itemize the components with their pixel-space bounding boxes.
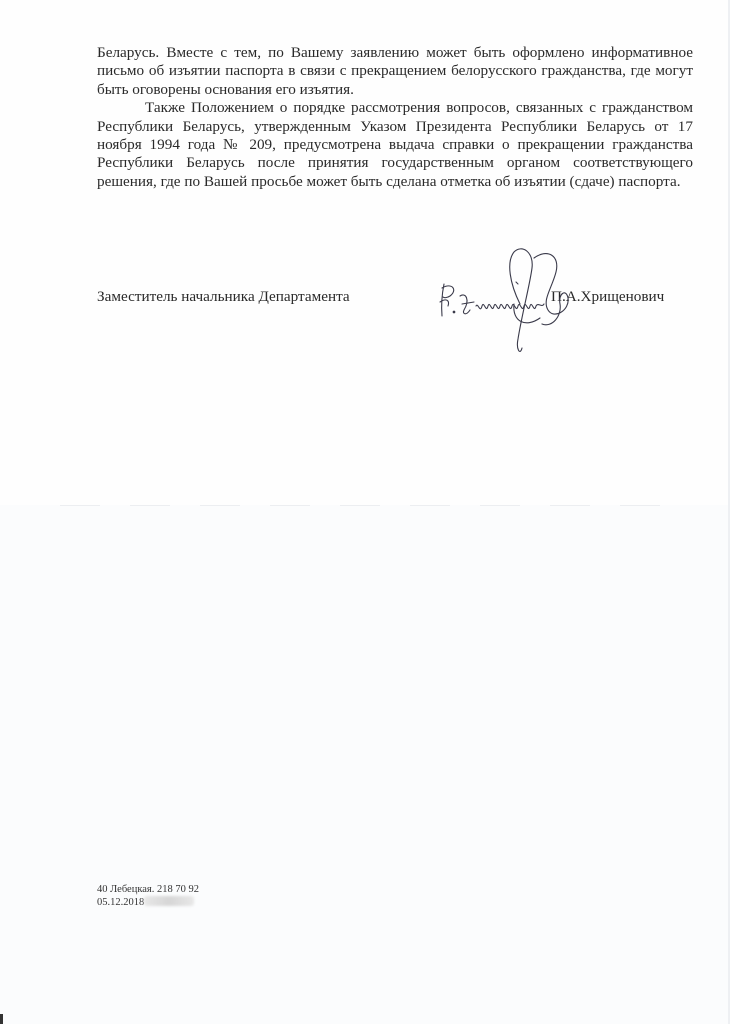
paragraph-passport-withdrawal: Беларусь. Вместе с тем, по Вашему заявле… [97, 44, 693, 99]
scan-corner-mark [0, 1014, 3, 1024]
paragraph-citizenship-regulation: Также Положением о порядке рассмотрения … [97, 99, 693, 191]
executor-contact: 40 Лебецкая. 218 70 92 [97, 884, 199, 896]
document-date: 05.12.2018 [97, 897, 144, 908]
signature-block: Заместитель начальника Департамента П.А.… [97, 288, 697, 308]
scan-shading [0, 505, 730, 1024]
letter-body: Беларусь. Вместе с тем, по Вашему заявле… [97, 44, 693, 191]
handwritten-signature-icon [430, 244, 600, 359]
signatory-position: Заместитель начальника Департамента [97, 288, 350, 306]
scan-artifact-line [60, 505, 680, 506]
executor-footer: 40 Лебецкая. 218 70 92 05.12.2018 [97, 884, 199, 909]
document-date-line: 05.12.2018 [97, 896, 199, 909]
redacted-block [144, 896, 194, 906]
